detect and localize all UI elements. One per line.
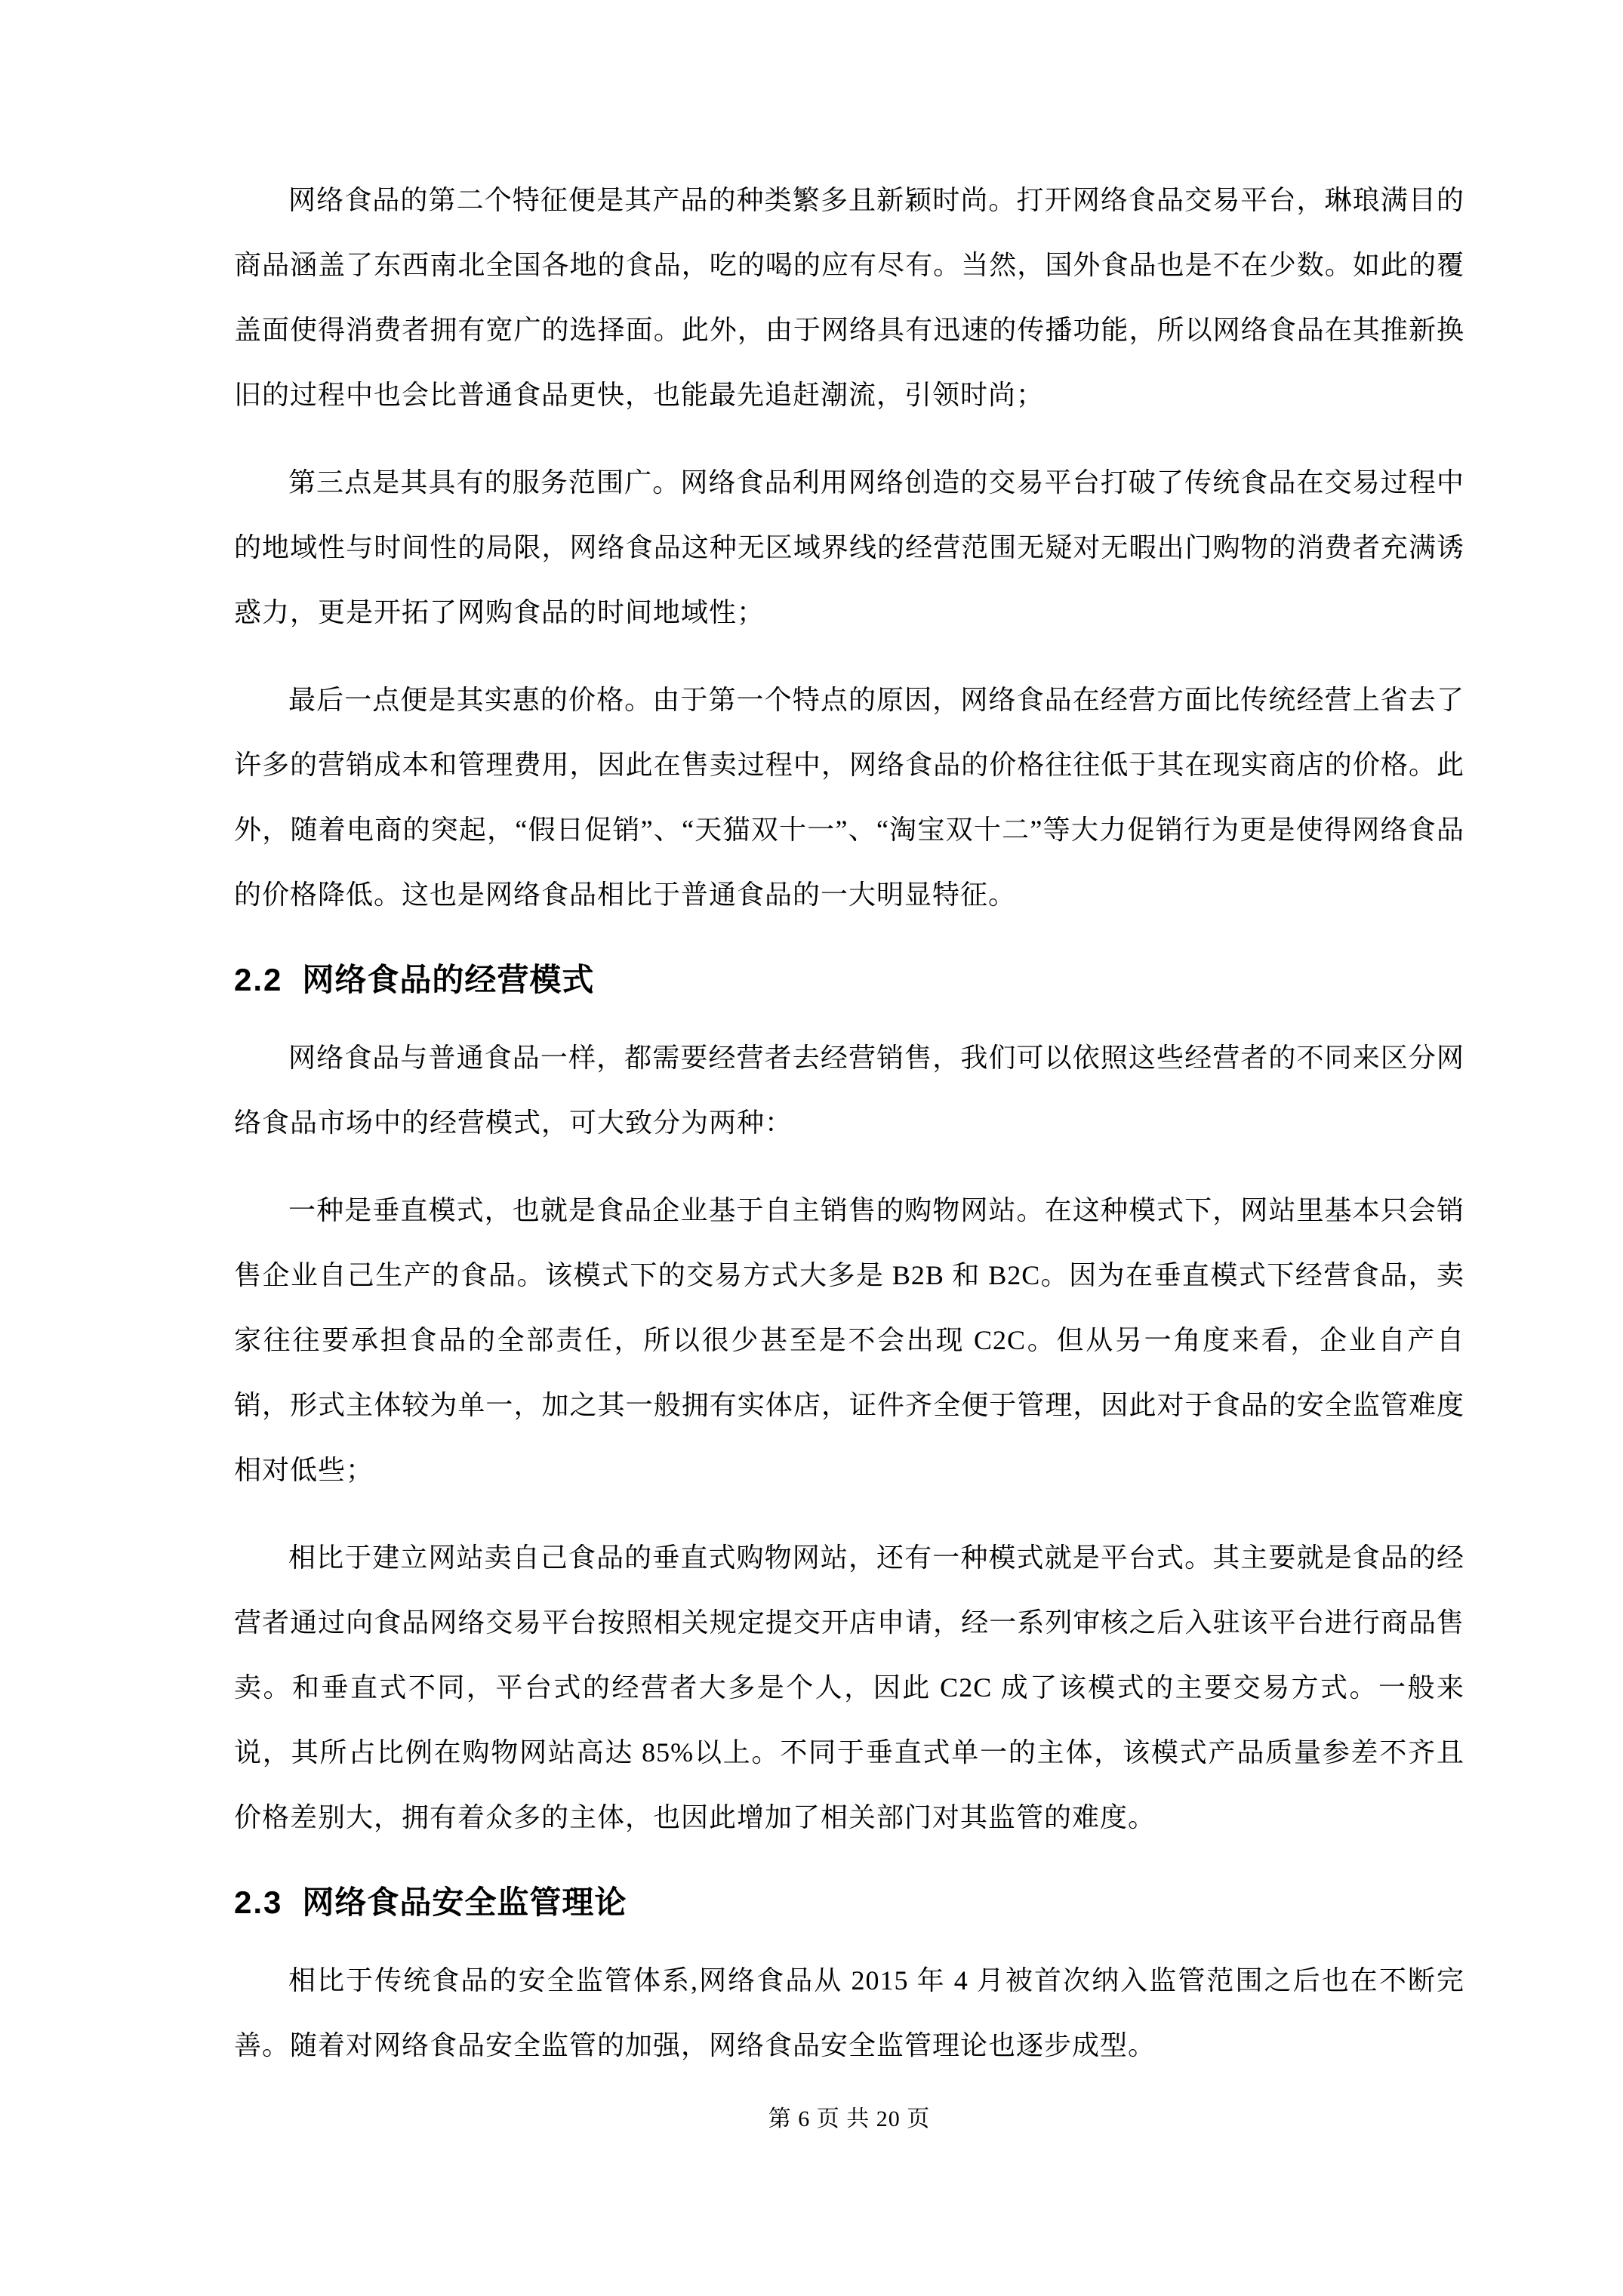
heading-title: 网络食品安全监管理论 bbox=[302, 1885, 627, 1920]
paragraph-affordable-price: 最后一点便是其实惠的价格。由于第一个特点的原因，网络食品在经营方面比传统经营上省… bbox=[234, 667, 1464, 927]
heading-title: 网络食品的经营模式 bbox=[302, 962, 594, 997]
section-heading-2-2: 2.2网络食品的经营模式 bbox=[234, 957, 1464, 1003]
paragraph-platform-model: 相比于建立网站卖自己食品的垂直式购物网站，还有一种模式就是平台式。其主要就是食品… bbox=[234, 1525, 1464, 1850]
paragraph-network-food-variety: 网络食品的第二个特征便是其产品的种类繁多且新颖时尚。打开网络食品交易平台，琳琅满… bbox=[234, 168, 1464, 427]
paragraph-vertical-model: 一种是垂直模式，也就是食品企业基于自主销售的购物网站。在这种模式下，网站里基本只… bbox=[234, 1178, 1464, 1502]
document-page: 网络食品的第二个特征便是其产品的种类繁多且新颖时尚。打开网络食品交易平台，琳琅满… bbox=[0, 0, 1623, 2296]
page-footer: 第 6 页 共 20 页 bbox=[234, 2100, 1464, 2138]
section-heading-2-3: 2.3网络食品安全监管理论 bbox=[234, 1880, 1464, 1925]
heading-number: 2.3 bbox=[234, 1880, 282, 1925]
paragraph-business-model-intro: 网络食品与普通食品一样，都需要经营者去经营销售，我们可以依照这些经营者的不同来区… bbox=[234, 1025, 1464, 1155]
paragraph-service-range: 第三点是其具有的服务范围广。网络食品利用网络创造的交易平台打破了传统食品在交易过… bbox=[234, 450, 1464, 645]
page-number-text: 第 6 页 共 20 页 bbox=[768, 2106, 931, 2131]
heading-number: 2.2 bbox=[234, 957, 282, 1003]
paragraph-regulation-theory: 相比于传统食品的安全监管体系,网络食品从 2015 年 4 月被首次纳入监管范围… bbox=[234, 1948, 1464, 2078]
